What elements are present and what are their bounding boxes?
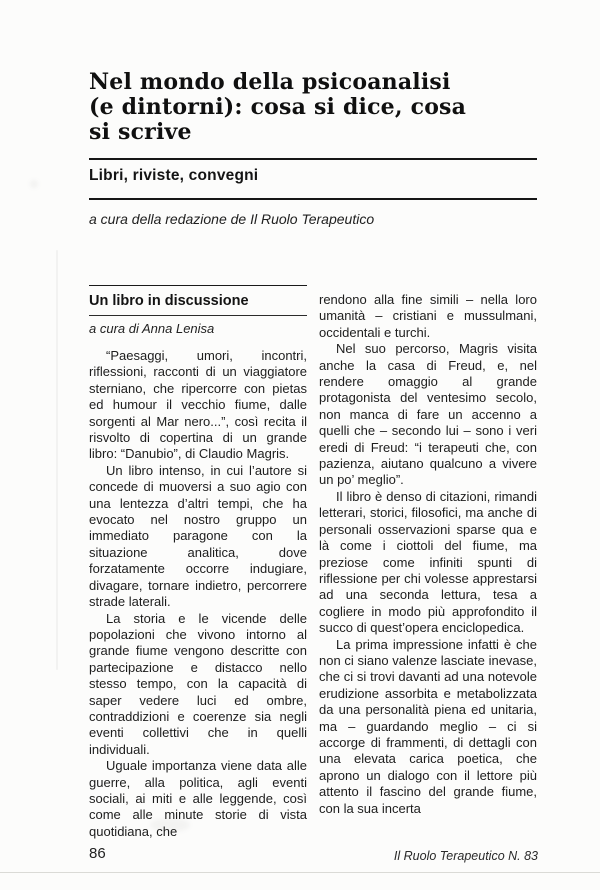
scan-artifact [56, 250, 58, 670]
body-paragraph: Il libro è denso di citazioni, rimandi l… [319, 489, 537, 637]
scanned-journal-page: Nel mondo della psicoanalisi (e dintorni… [0, 0, 600, 890]
body-paragraph: Uguale importanza viene data alle guerre… [89, 758, 307, 840]
body-paragraph: “Paesaggi, umori, incontri, riflessioni,… [89, 348, 307, 463]
body-paragraph: La storia e le vicende delle popolazioni… [89, 611, 307, 759]
page-title-line-3: si scrive [89, 120, 537, 145]
body-paragraph: Nel suo percorso, Magris visita anche la… [319, 341, 537, 489]
editorial-byline: a cura della redazione de Il Ruolo Terap… [89, 211, 537, 227]
body-paragraph: rendono alla fine simili – nella loro um… [319, 292, 537, 341]
header-rule-top [89, 158, 537, 160]
page-number: 86 [89, 845, 106, 862]
article-header: Nel mondo della psicoanalisi (e dintorni… [89, 70, 537, 227]
journal-reference: Il Ruolo Terapeutico N. 83 [394, 849, 538, 863]
scan-artifact [30, 180, 38, 188]
left-column: Un libro in discussione a cura di Anna L… [89, 285, 307, 840]
body-paragraph: Un libro intenso, in cui l’autore si con… [89, 463, 307, 611]
page-content: Nel mondo della psicoanalisi (e dintorni… [89, 0, 537, 840]
page-title-line-1: Nel mondo della psicoanalisi [89, 70, 537, 95]
section-heading: Un libro in discussione [89, 286, 307, 315]
body-paragraph: La prima impressione infatti è che non c… [319, 637, 537, 817]
article-columns: Un libro in discussione a cura di Anna L… [89, 285, 537, 840]
header-rule-bottom [89, 198, 537, 200]
section-author: a cura di Anna Lenisa [89, 316, 307, 348]
scan-bottom-edge [0, 872, 600, 873]
section-subtitle: Libri, riviste, convegni [89, 167, 537, 185]
right-column: rendono alla fine simili – nella loro um… [319, 285, 537, 817]
page-title-line-2: (e dintorni): cosa si dice, cosa [89, 95, 537, 120]
